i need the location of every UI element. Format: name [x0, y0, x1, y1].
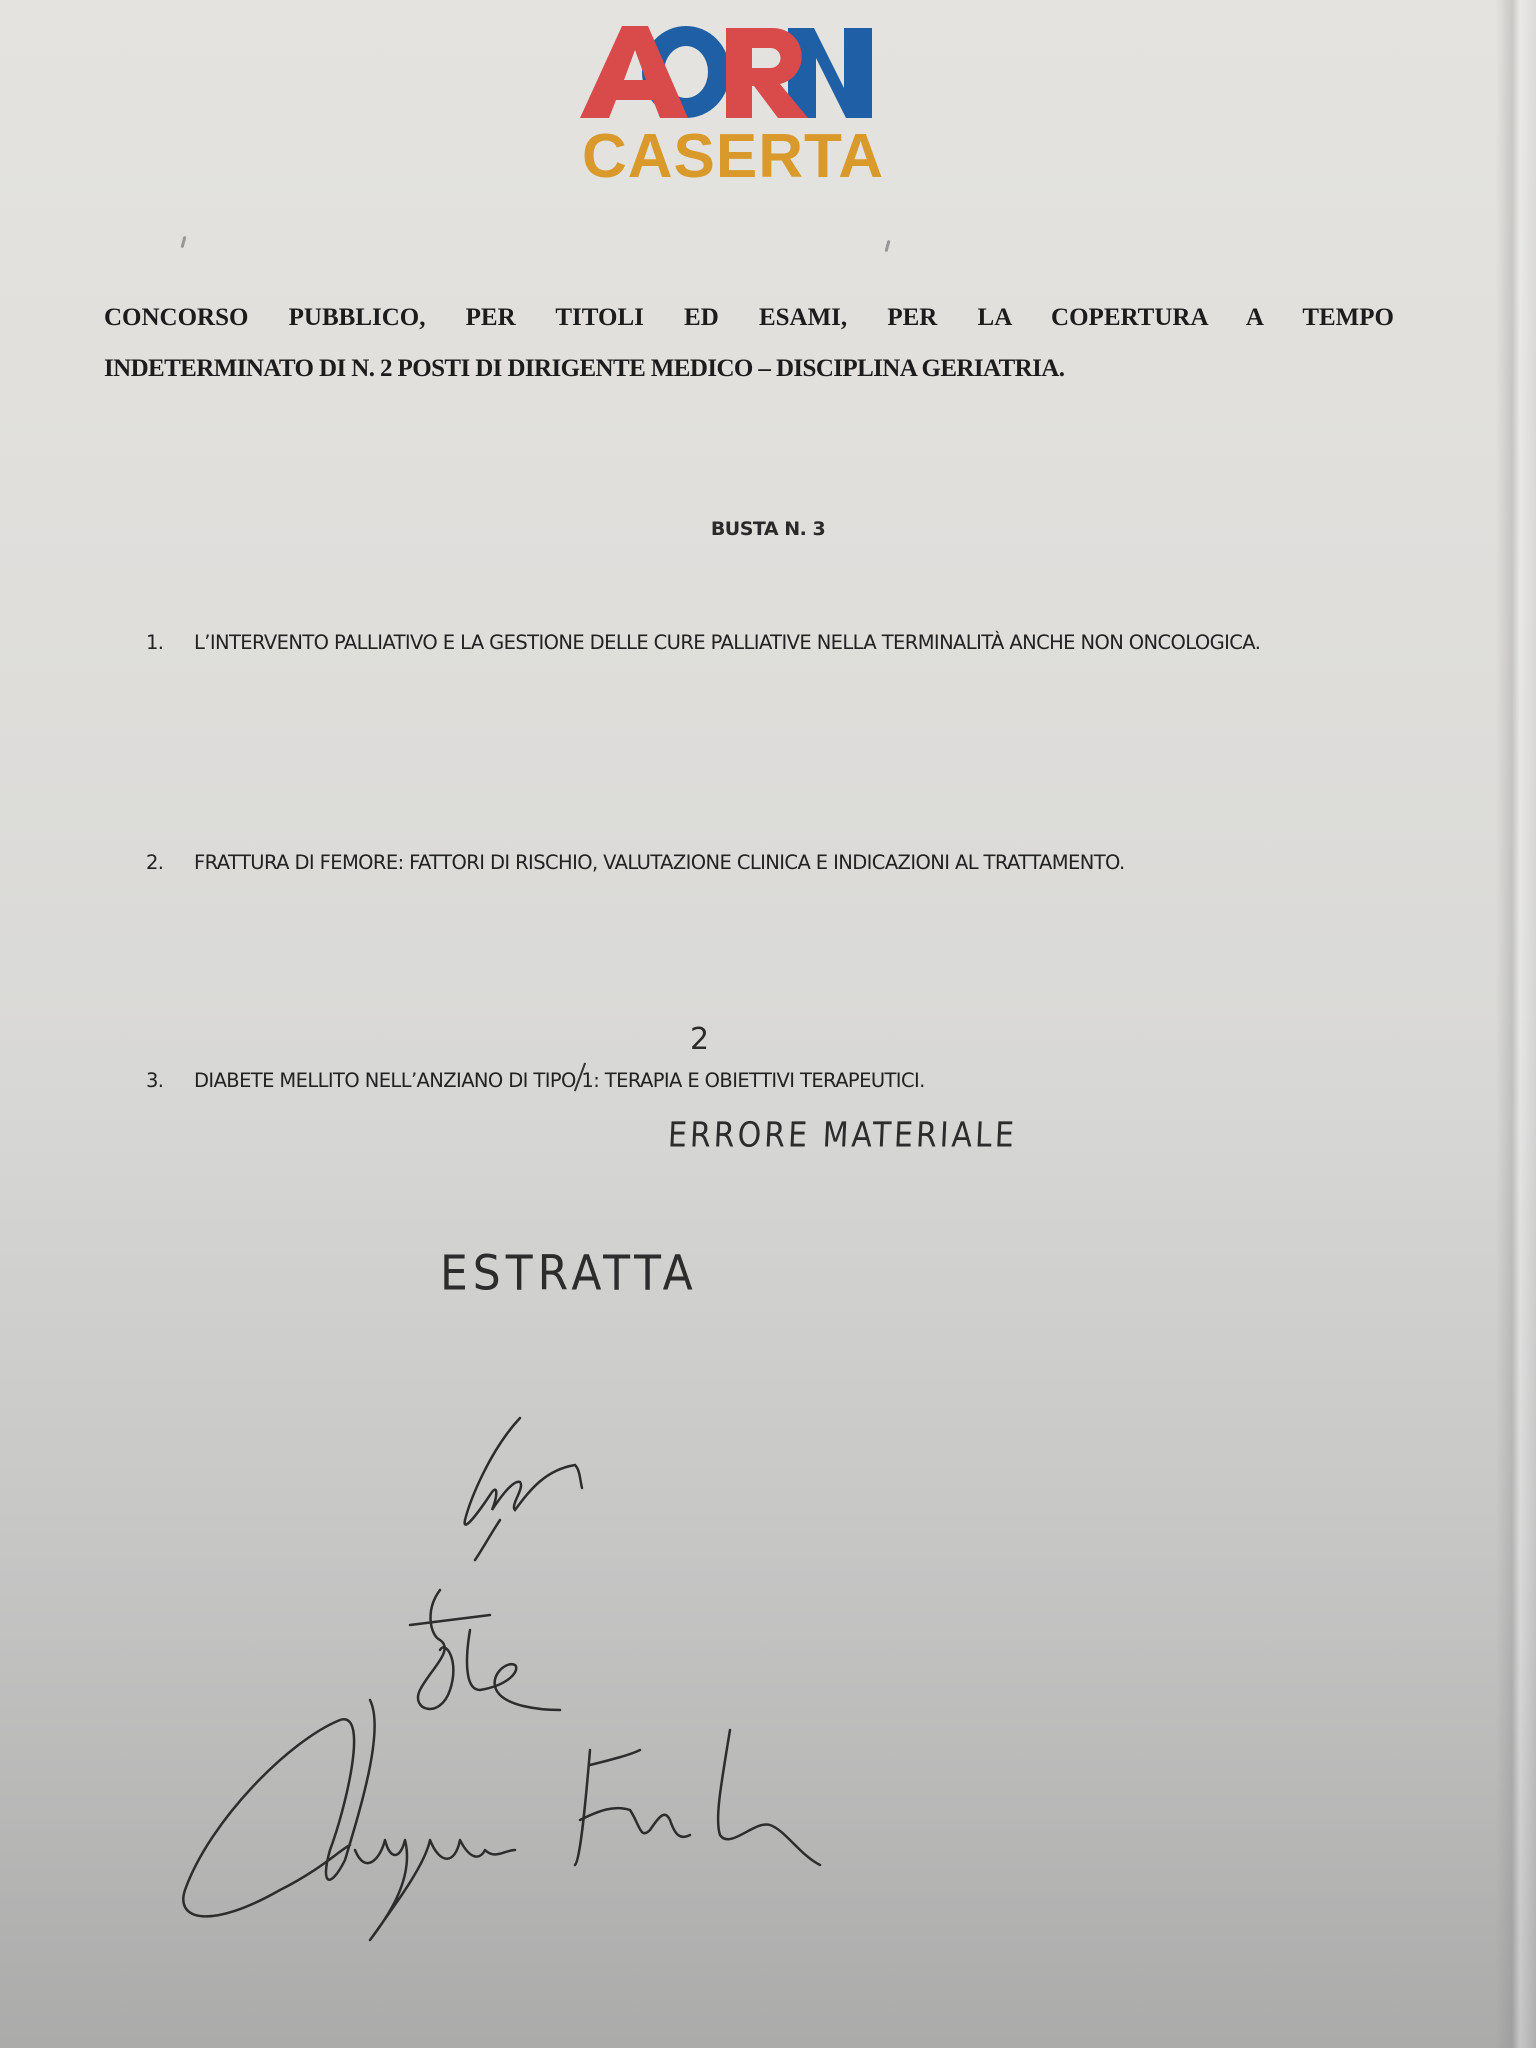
signature-1	[370, 1410, 630, 1560]
topic-text-before: DIABETE MELLITO NELL’ANZIANO DI TIPO	[194, 1069, 581, 1092]
topic-number: 1.	[146, 622, 163, 664]
aorn-caserta-logo: CASERTA	[576, 14, 876, 184]
title-line-1: CONCORSO PUBBLICO, PER TITOLI ED ESAMI, …	[104, 292, 1394, 343]
handwritten-correction: 2	[690, 1022, 711, 1057]
topic-number: 3.	[146, 1060, 163, 1102]
signature-3	[170, 1690, 910, 1950]
topic-item: 1. L’INTERVENTO PALLIATIVO E LA GESTIONE…	[146, 622, 1346, 664]
topic-text: L’INTERVENTO PALLIATIVO E LA GESTIONE DE…	[194, 622, 1346, 664]
logo-city-text: CASERTA	[582, 126, 884, 188]
envelope-label: BUSTA N. 3	[0, 518, 1536, 540]
ink-speck	[884, 240, 890, 252]
topic-text: DIABETE MELLITO NELL’ANZIANO DI TIPO 1: …	[194, 1060, 1246, 1102]
handwritten-note: ERRORE MATERIALE	[667, 1115, 1018, 1155]
title-line-2: INDETERMINATO DI N. 2 POSTI DI DIRIGENTE…	[104, 343, 1394, 394]
topic-text: FRATTURA DI FEMORE: FATTORI DI RISCHIO, …	[194, 842, 1246, 884]
handwritten-status: ESTRATTA	[440, 1245, 698, 1301]
struck-value: 1	[581, 1060, 593, 1102]
topic-number: 2.	[146, 842, 163, 884]
document-title: CONCORSO PUBBLICO, PER TITOLI ED ESAMI, …	[104, 292, 1394, 394]
ink-speck	[180, 236, 186, 248]
paper-edge	[1496, 0, 1536, 2048]
topic-item: 3. DIABETE MELLITO NELL’ANZIANO DI TIPO …	[146, 1060, 1246, 1102]
topic-item: 2. FRATTURA DI FEMORE: FATTORI DI RISCHI…	[146, 842, 1246, 884]
topic-text-after: : TERAPIA E OBIETTIVI TERAPEUTICI.	[593, 1069, 925, 1092]
aorn-logo-mark	[576, 14, 876, 124]
